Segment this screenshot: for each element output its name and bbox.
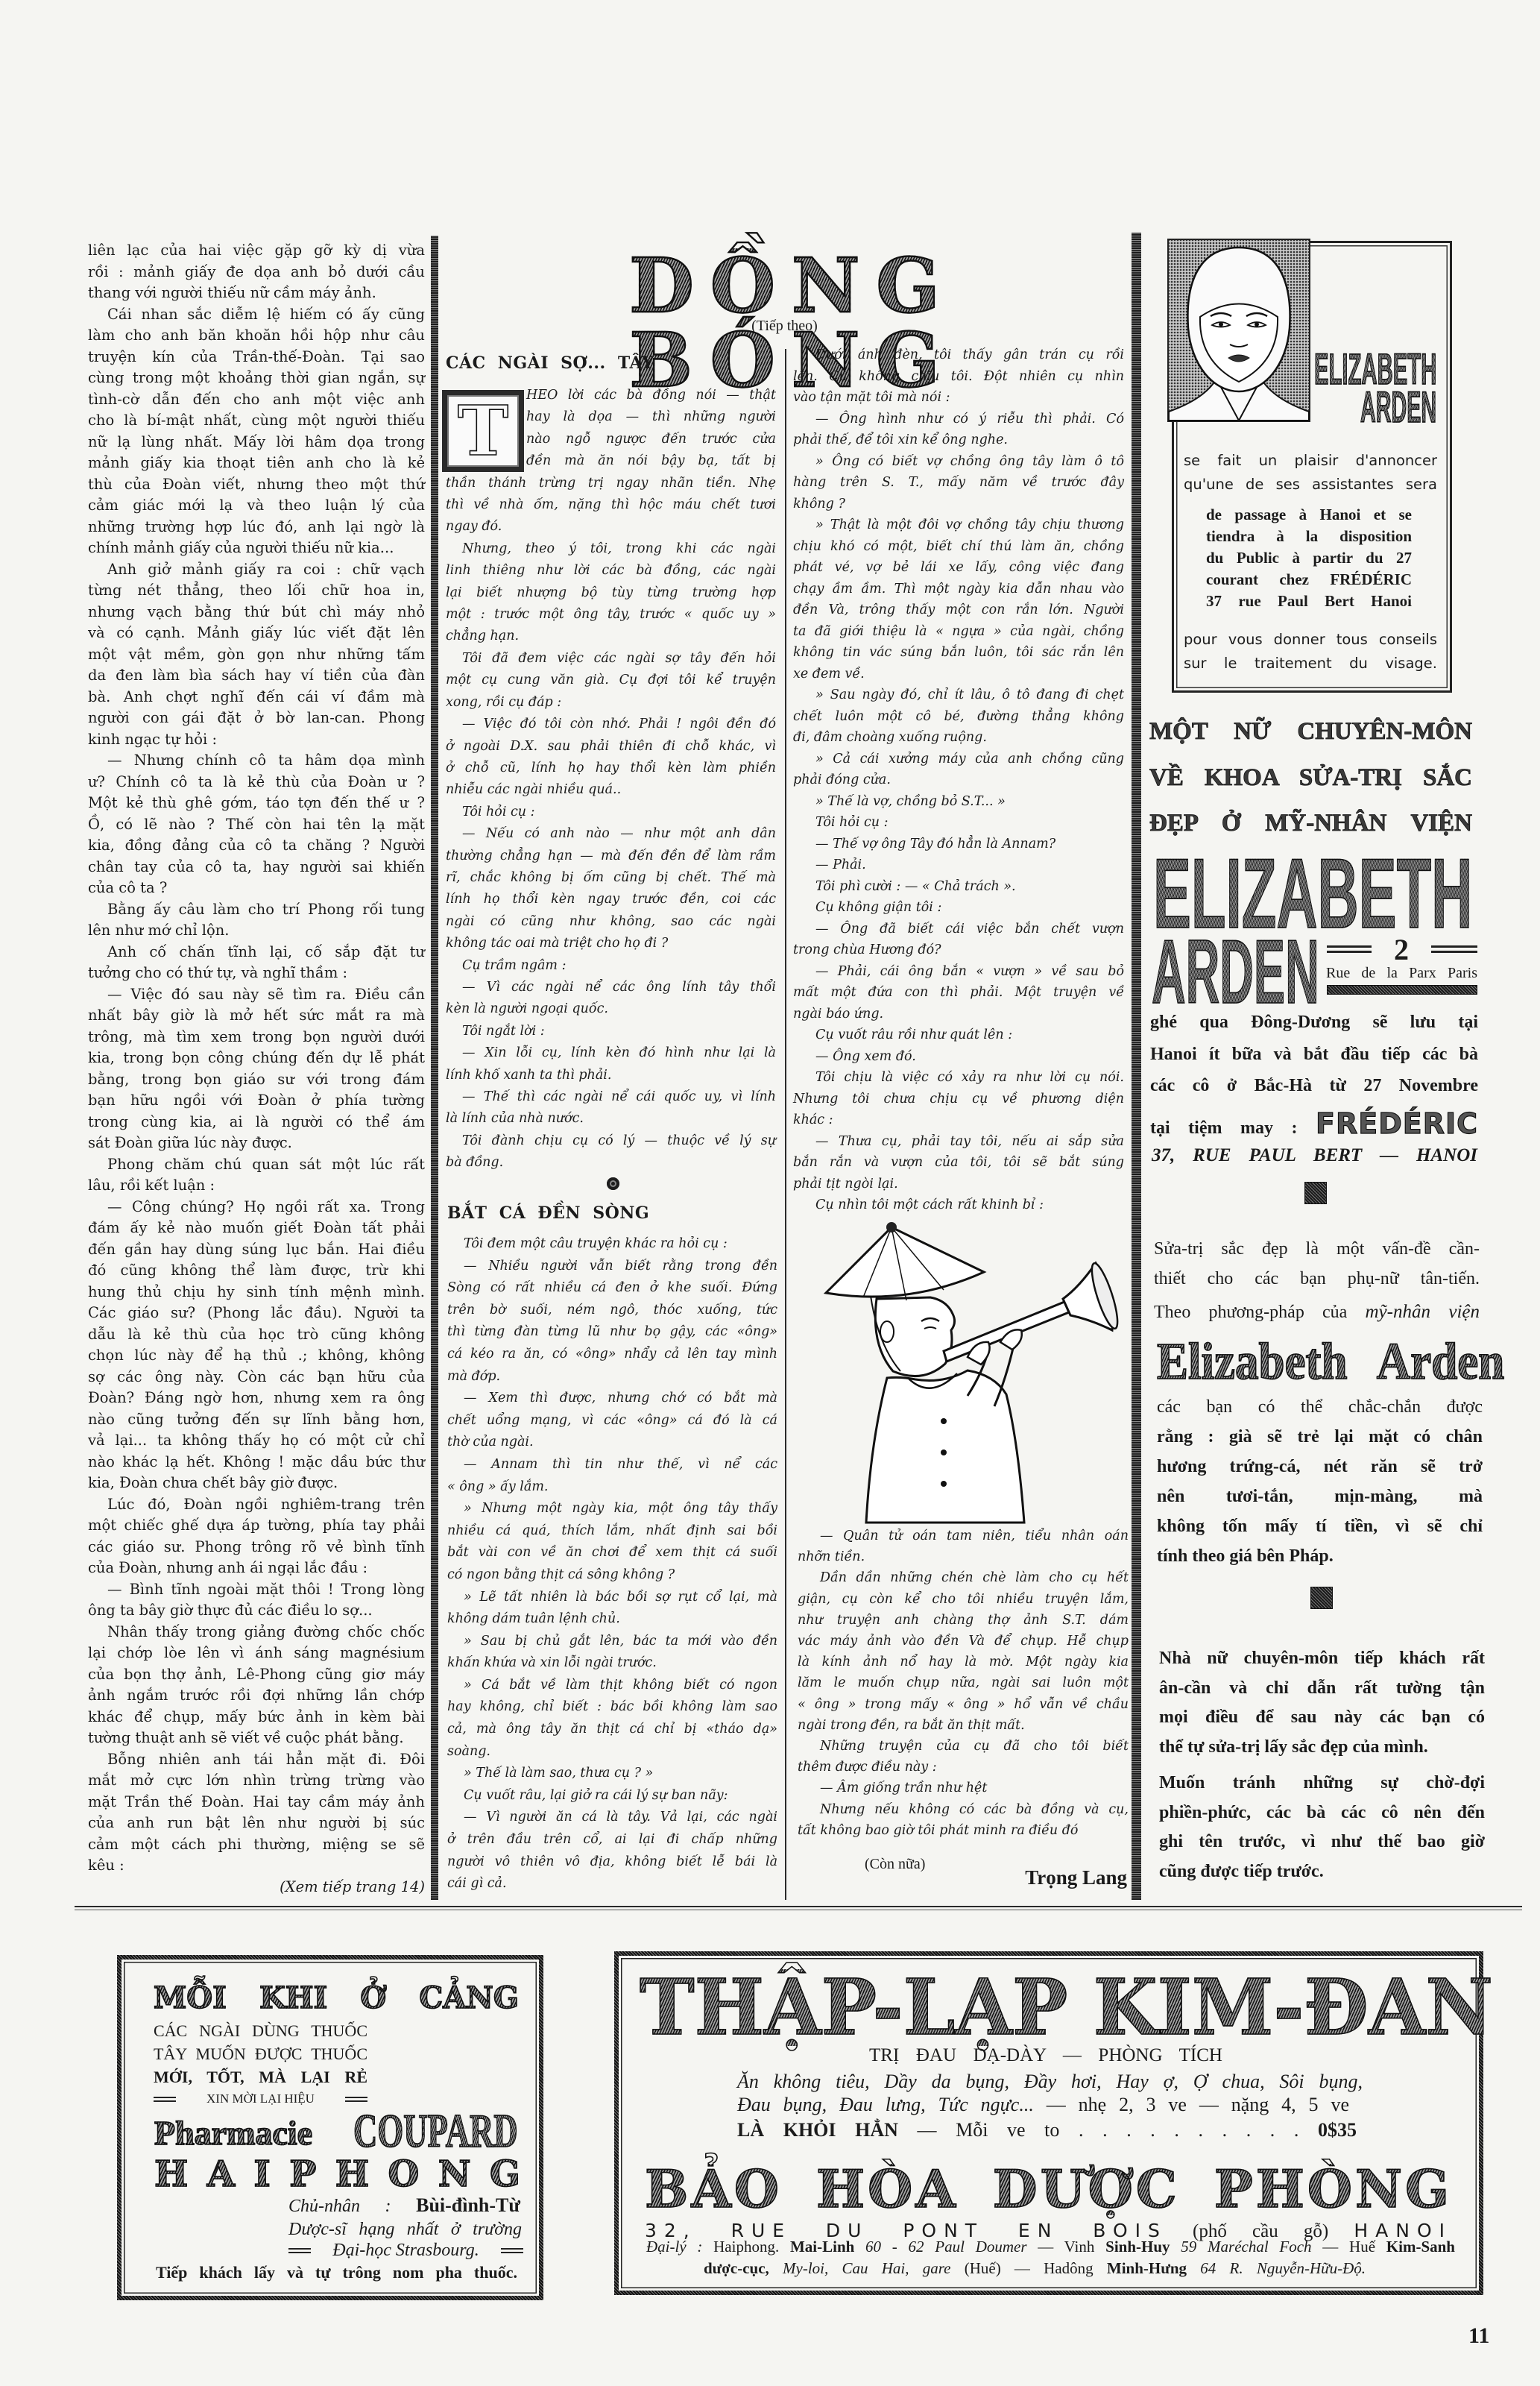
- paragraph: MỘT NỮ CHUYÊN-MÔNVỀ KHOA SỬA-TRỊ SẮCĐẸP …: [1149, 709, 1472, 847]
- text-line: thì về nhà ốm, nặng thì hộc máu chết tươ…: [446, 494, 776, 516]
- method-line: Theo phương-pháp của mỹ-nhân viện: [1154, 1296, 1480, 1329]
- notice-closing: pour vous donner tous conseilssur le tra…: [1184, 628, 1437, 676]
- text-line: » Lẽ tất nhiên là bác bồi sợ rụt cổ lại,…: [447, 1587, 777, 1609]
- text-line: lên như mớ chỉ lộn.: [88, 920, 425, 942]
- text-line: Hanoi ít bữa và bắt đầu tiếp các bà: [1150, 1039, 1478, 1071]
- feature-section2-col-a: BẮT CÁ ĐỀN SÒNG Tôi đem một câu truyện k…: [447, 1200, 777, 1895]
- paragraph: Cái nhan sắc diễm lệ hiếm có ấy cũnglàm …: [88, 304, 425, 559]
- text-line: các cô ở Bắc-Hà từ 27 Novembre: [1150, 1070, 1478, 1102]
- text-line: TÂY MUỐN ĐƯỢC THUỐC: [154, 2042, 367, 2065]
- text-line: đám ấy kẻ nào muốn giết Đoàn tất phải: [88, 1218, 425, 1239]
- feature-subtitle: (Tiếp theo): [440, 316, 1129, 336]
- text-segment: (Huế) — Hadông: [950, 2259, 1106, 2277]
- text-line: bạn hữu ngồi với Đoàn ở phía tường: [88, 1090, 425, 1112]
- cure-claim: LÀ KHỎI HẲN: [737, 2119, 898, 2141]
- text-line: tưởng cho có thứ tự, và nghĩ thầm :: [88, 963, 425, 984]
- text-line: Lúc đó, Đoàn ngồi nghiêm-trang trên: [88, 1494, 425, 1516]
- pharmacy-city: H A I P H O N G: [154, 2156, 520, 2192]
- text-line: chết uổng mạng, vì các «ông» cá đó là cá: [447, 1410, 777, 1432]
- paragraph: — Việc đó sau này sẽ tìm ra. Điều cầnnhấ…: [88, 984, 425, 1154]
- paragraph: — Việc đó tôi còn nhớ. Phải ! ngôi đền đ…: [446, 714, 776, 802]
- text-line: » Ông có biết vợ chồng ông tây làm ô tô: [793, 451, 1124, 473]
- text-line: khác để chụp, mấy bức ảnh in kèm bài: [88, 1707, 425, 1728]
- text-line: chịu khó có một, biết chí thú làm ăn, ch…: [793, 536, 1124, 558]
- text-line: ân-cần và chỉ dẫn rất tường tận: [1159, 1674, 1485, 1704]
- author-byline: Trọng Lang: [969, 1866, 1127, 1889]
- paragraph: Cụ vuốt râu, lại giở ra cái lý sự ban nã…: [447, 1785, 777, 1807]
- column-divider-right: [1132, 233, 1141, 1900]
- symptoms-line1: Ăn không tiêu, Dầy da bụng, Đầy hơi, Hay…: [737, 2071, 1363, 2093]
- text-line: » Thế là vợ, chồng bỏ S.T... »: [793, 791, 1124, 813]
- text-line: rằng : già sẽ trẻ lại mặt có chân: [1157, 1422, 1483, 1452]
- paragraph: — Phải, cái ông bắn « vượn » về sau bỏmấ…: [793, 961, 1124, 1025]
- paragraph: Nhưng nếu không có các bà đồng và cụ,tất…: [798, 1799, 1129, 1841]
- text-line: chẳng hạn.: [446, 626, 776, 647]
- text-line: hay không, chỉ biết : bác bồi không làm …: [447, 1696, 777, 1719]
- paragraph: Muốn tránh những sự chờ-đợiphiền-phức, c…: [1159, 1769, 1485, 1886]
- text-line: nên tươi-tắn, mịn-màng, mà: [1157, 1482, 1483, 1511]
- text-line: không tốn mấy tí tiền, vì sẽ chỉ: [1157, 1511, 1483, 1541]
- owner-line: Chủ-nhân : Bùi-đình-Từ: [288, 2194, 520, 2217]
- text-line: truyện kín của Trần-thế-Đoàn. Tại sao: [88, 347, 425, 368]
- paragraph: » Thế là làm sao, thưa cụ ? »: [447, 1763, 777, 1785]
- paragraph: — Xin lỗi cụ, lính kèn đó hình như lại l…: [446, 1042, 776, 1086]
- product-purpose: TRỊ ĐAU DẠ-DÀY — PHÒNG TÍCH: [869, 2045, 1222, 2066]
- text-line: thêm được điều này :: [798, 1757, 1129, 1778]
- text-line: Cụ nhìn tôi một cách rất khinh bỉ :: [793, 1194, 1124, 1216]
- paragraph: Tôi đem một câu truyện khác ra hỏi cụ :: [447, 1233, 777, 1256]
- text-line: nữ lạ lùng nhất. Mấy lời hâm dọa trong: [88, 432, 425, 453]
- text-line: Những truyện của cụ đã cho tôi biết: [798, 1736, 1129, 1757]
- text-line: nhất bây giờ là mở hết sức mắt ra mà: [88, 1005, 425, 1027]
- text-line: Nhà nữ chuyên-môn tiếp khách rất: [1159, 1644, 1485, 1674]
- ad-body-benefits: rằng : già sẽ trẻ lại mặt có chânhương t…: [1157, 1422, 1483, 1571]
- text-line: CÁC NGÀI DÙNG THUỐC: [154, 2019, 367, 2042]
- text-line: ở chỗ cũ, lính họ hay thổi kèn làm phiền: [446, 758, 776, 779]
- text-line: chân tay của cô ta, hay người sai khiến: [88, 857, 425, 878]
- text-line: Tôi phì cười : — « Chả trách ».: [793, 876, 1124, 898]
- text-segment: My-loi, Cau Hai, gare: [769, 2259, 951, 2277]
- text-line: trong cùng kia, ai là người có thể ám: [88, 1112, 425, 1133]
- text-line: rồi : mảnh giấy đe dọa anh bỏ dưới cầu: [88, 262, 425, 283]
- text-line: — Việc đó tôi còn nhớ. Phải ! ngôi đền đ…: [446, 714, 776, 735]
- text-line: lại chớp lòe lên vì ánh sáng magnésium: [88, 1643, 425, 1664]
- product-name: THẬP-LẠP KIM-ĐAN: [640, 1969, 1493, 2046]
- address-number: 2: [1379, 934, 1424, 966]
- square-ornament-icon: [1304, 1182, 1327, 1204]
- text-line: tất không bao giờ tôi phát minh ra điều …: [798, 1820, 1129, 1841]
- text-line: cùng trong một khoảng thời gian ngắn, sự: [88, 368, 425, 389]
- double-rule-left: [1327, 945, 1372, 953]
- text-line: mất một đứa con thì phải. Một truyện về: [793, 982, 1124, 1004]
- agents-line2: dược-cục, My-loi, Cau Hai, gare (Huế) — …: [704, 2258, 1366, 2278]
- text-line: Tôi đem một câu truyện khác ra hỏi cụ :: [447, 1233, 777, 1256]
- subcolumn-rule: [785, 349, 786, 1900]
- horizontal-rule: [75, 1906, 1522, 1907]
- paragraph: Nhưng, theo ý tôi, trong khi các ngàilin…: [446, 538, 776, 648]
- text-line: — Thế vợ ông Tây đó hẳn là Annam?: [793, 834, 1124, 855]
- text-line: Bỗng nhiên anh tái hẳn mặt đi. Đôi: [88, 1749, 425, 1771]
- thap-lap-kim-dan-ad: THẬP-LẠP KIM-ĐAN TRỊ ĐAU DẠ-DÀY — PHÒNG …: [614, 1951, 1483, 2295]
- text-line: thể tự sửa-trị lấy sắc đẹp của mình.: [1159, 1733, 1485, 1763]
- text-line: lính khố xanh ta thì phải.: [446, 1065, 776, 1086]
- text-line: » Nhưng một ngày kia, một ông tây thấy: [447, 1498, 777, 1520]
- paragraph: » Cả cái xưởng máy của anh chồng cũngphả…: [793, 749, 1124, 791]
- feature-section2-col-b-bottom: — Quân tử oán tam niên, tiểu nhân oánnhỡ…: [798, 1526, 1129, 1841]
- text-line: lên. Cụ không chịu tôi. Đột nhiên cụ nhì…: [793, 366, 1124, 388]
- round-ornament-icon: [607, 1177, 619, 1190]
- paragraph: — Nhưng chính cô ta hâm dọa mìnhư? Chính…: [88, 750, 425, 899]
- paragraph: Tôi hỏi cụ :: [793, 812, 1124, 834]
- text-line: bắt vài con về ăn chơi để xem thịt cá su…: [447, 1542, 777, 1564]
- text-line: không ?: [793, 494, 1124, 515]
- text-line: thờ của ngài.: [447, 1432, 777, 1454]
- text-line: khấn khứa và xin lỗi ngài trước.: [447, 1652, 777, 1675]
- ad-headline: MỖI KHI Ở CẢNG: [154, 1980, 519, 2016]
- text-line: lại biết nhượng bộ tùy từng trường hợp: [446, 582, 776, 604]
- paragraph: — Nếu có anh nào — như một anh dânthường…: [446, 823, 776, 954]
- paragraph: Tôi đã đem việc các ngài sợ tây đến hỏim…: [446, 648, 776, 714]
- text-line: — Thế thì các ngài nể cái quốc uy, vì lí…: [446, 1086, 776, 1108]
- text-line: lăm le muốn chụp nữa, ngài sai luôn một: [798, 1672, 1129, 1693]
- shop-name: FRÉDÉRIC: [1316, 1107, 1478, 1140]
- text-line: mọi điều để sau này các bạn có: [1159, 1703, 1485, 1733]
- text-line: hương trứng-cá, nét răn sẽ trở: [1157, 1452, 1483, 1482]
- text-line: 37 rue Paul Bert Hanoi: [1206, 591, 1412, 612]
- text-line: làm cho anh băn khoăn hồi hộp như câu: [88, 325, 425, 347]
- text-line: sát Đoàn giữa lúc này được.: [88, 1133, 425, 1154]
- paragraph: Cụ không giận tôi :: [793, 897, 1124, 919]
- text-line: ngài trong đền, ra bắt ăn thịt mất.: [798, 1715, 1129, 1736]
- paragraph: se fait un plaisir d'annoncerqu'une de s…: [1184, 449, 1437, 497]
- text-line: — Annam thì tin như thế, vì nể các: [447, 1454, 777, 1476]
- text-line: thường chẳng hạn — mà đến đền để làm rầm: [446, 846, 776, 867]
- text-line: Cụ vuốt râu, lại giở ra cái lý sự ban nã…: [447, 1785, 777, 1807]
- text-line: pour vous donner tous conseils: [1184, 628, 1437, 652]
- text-line: ở ngoài D.X. sau phải thiên đi chỗ khác,…: [446, 736, 776, 758]
- price-value: 0$35: [1318, 2119, 1357, 2141]
- text-segment: Minh-Hưng: [1107, 2259, 1187, 2277]
- invite-text: XIN MỜI LẠI HIỆU: [206, 2091, 315, 2106]
- text-line: nào khác lạ hết. Không ! mặc dầu bức thư: [88, 1452, 425, 1473]
- woman-portrait-icon: [1167, 239, 1310, 422]
- text-segment: Haiphong.: [702, 2238, 790, 2256]
- text-line: mảnh giấy kia thoạt tiên anh cho là kẻ: [88, 453, 425, 474]
- text-line: trên bờ suối, ném ngô, thóc xuống, tức: [447, 1300, 777, 1322]
- paragraph: ghé qua Đông-Dương sẽ lưu tạiHanoi ít bữ…: [1150, 1007, 1478, 1102]
- text-line: xe đem về.: [793, 664, 1124, 685]
- paragraph: » Cá bắt về làm thịt không biết có ngonh…: [447, 1675, 777, 1763]
- feature-section1: CÁC NGÀI SỢ... TÂY T HEO lời các bà đồng…: [446, 350, 776, 1174]
- text-line: những trường hợp lúc đó, anh lại ngờ là: [88, 517, 425, 538]
- text-line: như truyện anh chàng thợ ảnh S.T. dám: [798, 1610, 1129, 1631]
- paragraph: Lúc đó, Đoàn ngồi nghiêm-trang trênmột c…: [88, 1494, 425, 1579]
- text-line: rĩ, chắc không bị ốm cũng bị chết. Thế m…: [446, 867, 776, 889]
- text-line: Nhưng nếu không có các bà đồng và cụ,: [798, 1799, 1129, 1820]
- pharmacy-name: BẢO HÒA DƯỢC PHÒNG: [645, 2164, 1452, 2215]
- text-line: không dám tuân lệnh chủ.: [447, 1608, 777, 1631]
- page-number: 11: [1468, 2323, 1489, 2349]
- paragraph: — Nhiều người vẫn biết rằng trong đềnSòn…: [447, 1256, 777, 1388]
- paragraph: » Ông có biết vợ chồng ông tây làm ô tôh…: [793, 451, 1124, 515]
- paragraph: » Thật là một đôi vợ chồng tây chịu thươ…: [793, 514, 1124, 684]
- paragraph: — Bình tĩnh ngoài mặt thôi ! Trong lòngô…: [88, 1579, 425, 1622]
- text-line: Tôi ngắt lời :: [446, 1021, 776, 1042]
- text-line: xong, rồi cụ đáp :: [446, 692, 776, 714]
- text-line: là kính ảnh nổ hay là mờ. Một ngày kia: [798, 1652, 1129, 1672]
- ad-footer: Tiếp khách lấy và tự trông nom pha thuốc…: [156, 2261, 517, 2284]
- paragraph: Bỗng nhiên anh tái hẳn mặt đi. Đôimắt mở…: [88, 1749, 425, 1877]
- text-line: Nhưng, theo ý tôi, trong khi các ngài: [446, 538, 776, 560]
- text-line: vả lại... ta không thấy họ có một cử chỉ: [88, 1430, 425, 1452]
- shop-address: 37, RUE PAUL BERT — HANOI: [1152, 1143, 1477, 1168]
- paragraph: Tôi đành chịu cụ có lý — thuộc về lý sựb…: [446, 1130, 776, 1174]
- text-segment: Mai-Linh: [790, 2238, 854, 2256]
- paragraph: Những truyện của cụ đã cho tôi biếtthêm …: [798, 1736, 1129, 1778]
- paragraph: liên lạc của hai việc gặp gỡ kỳ dị vừarồ…: [88, 240, 425, 304]
- paragraph: — Vì các ngài nể các ông lính tây thổikè…: [446, 977, 776, 1021]
- paragraph: — Xem thì được, nhưng chớ có bắt màchết …: [447, 1388, 777, 1454]
- paragraph: » Thế là vợ, chồng bỏ S.T... »: [793, 791, 1124, 813]
- double-rule: [154, 2097, 176, 2102]
- text-line: phải thế, để tôi xin kể ông nghe.: [793, 429, 1124, 451]
- text-line: thì từng đàn từng lũ như bọ gậy, các «ôn…: [447, 1321, 777, 1344]
- text-line: của bọn thợ ảnh, Lê-Phong cũng giơ máy: [88, 1664, 425, 1686]
- text-line: — Ông xem đó.: [793, 1046, 1124, 1068]
- text-line: Sòng có rất nhiều cá đen ở khe suối. Đứn…: [447, 1277, 777, 1300]
- paragraph: Dần dần những chén chè làm cho cụ hếtgiậ…: [798, 1567, 1129, 1736]
- pharmacie-coupard-ad: MỖI KHI Ở CẢNG CÁC NGÀI DÙNG THUỐCTÂY MU…: [117, 1955, 543, 2300]
- paragraph: Tôi phì cười : — « Chả trách ».: [793, 876, 1124, 898]
- text-segment: — Vinh: [1027, 2238, 1106, 2256]
- text-line: Bằng ấy câu làm cho trí Phong rối tung: [88, 899, 425, 921]
- text-line: trong chùa Hương đó?: [793, 939, 1124, 961]
- text-line: — Công chúng? Họ ngồi rất xa. Trong: [88, 1197, 425, 1218]
- text-line: không tin vác súng bắn luôn, tôi sác rắn…: [793, 642, 1124, 664]
- text-line: — Âm giống trần như hệt: [798, 1778, 1129, 1798]
- text-line: » Cá bắt về làm thịt không biết có ngon: [447, 1675, 777, 1697]
- text-segment: Sinh-Huy: [1105, 2238, 1170, 2256]
- brand-name-script: Elizabeth Arden: [1157, 1336, 1504, 1388]
- text-line: một : trước một ông tây, trước « quốc uy…: [446, 604, 776, 626]
- text-line: tình-cờ dẫn đến cho anh một việc anh: [88, 389, 425, 411]
- text-line: — Phải, cái ông bắn « vượn » về sau bỏ: [793, 961, 1124, 983]
- ad-body-intro: Sửa-trị sắc đẹp là một vấn-đề cần-thiết …: [1154, 1234, 1480, 1294]
- text-line: linh thiêng như lời các bà đồng, các ngà…: [446, 560, 776, 582]
- price-label: — Mỗi ve to . . . . . . . . . .: [918, 2119, 1299, 2141]
- text-segment: Đau bụng, Đau lưng, Tức ngực...: [737, 2094, 1034, 2115]
- text-line: ta đã giới thiệu là « ngựa » của ngài, c…: [793, 621, 1124, 643]
- text-line: sur le traitement du visage.: [1184, 652, 1437, 676]
- text-line: ư? Chính cô ta là kẻ thù của Đoàn ư ?: [88, 772, 425, 793]
- text-line: Tôi chịu là việc có xảy ra như lời cụ nó…: [793, 1067, 1124, 1089]
- shop-line: tại tiệm may : FRÉDÉRIC: [1150, 1107, 1478, 1145]
- shop-label: tại tiệm may :: [1150, 1118, 1298, 1138]
- text-line: — Nhiều người vẫn biết rằng trong đền: [447, 1256, 777, 1278]
- text-line: người con gái đặt ở bờ lan-can. Phong: [88, 708, 425, 729]
- paragraph: — Annam thì tin như thế, vì nể các« ông …: [447, 1454, 777, 1498]
- text-line: thang với người thiếu nữ cầm máy ảnh.: [88, 283, 425, 304]
- text-line: sợ các ông này. Còn các bạn hữu của: [88, 1367, 425, 1388]
- text-line: chọn lúc này để hạ thủ .; không, không: [88, 1345, 425, 1367]
- text-line: một cụ cung văn già. Cụ đợi tôi kể truyệ…: [446, 670, 776, 691]
- text-line: Tôi hỏi cụ :: [793, 812, 1124, 834]
- text-line: Ồ, có lẽ nào ? Thế còn hai tên lạ mặt: [88, 814, 425, 836]
- text-line: bắn rắn và vượn của tôi, tôi sẽ bắt súng: [793, 1152, 1124, 1174]
- text-line: thần thánh trừng trị ngay nhãn tiền. Nhẹ: [446, 473, 776, 494]
- paragraph: Cụ nhìn tôi một cách rất khinh bỉ :: [793, 1194, 1124, 1216]
- text-line: của Đoàn, nhưng anh ái ngại lắc đầu :: [88, 1558, 425, 1579]
- text-line: » Thế là làm sao, thưa cụ ? »: [447, 1763, 777, 1785]
- text-line: MỚI, TỐT, MÀ LẠI RẺ: [154, 2065, 367, 2088]
- to-be-continued-note: (Còn nữa): [865, 1854, 925, 1874]
- text-line: Nhân thấy trong giảng đường chốc chốc: [88, 1622, 425, 1643]
- text-line: mắt mở cực lớn nhìn trừng trừng vào: [88, 1770, 425, 1792]
- text-line: tường thuật anh sẽ viết về cuộc phát bằn…: [88, 1728, 425, 1749]
- text-line: courant chez FRÉDÉRIC: [1206, 569, 1412, 591]
- text-segment: 60 - 62 Paul Doumer: [854, 2238, 1026, 2256]
- text-line: Một kẻ thù ghê gớm, táo tợn đến thế ư ?: [88, 793, 425, 814]
- text-line: liên lạc của hai việc gặp gỡ kỳ dị vừa: [88, 240, 425, 262]
- text-line: de passage à Hanoi et se: [1206, 504, 1412, 526]
- text-line: kia, trong bọn công chúng đến dự lễ phát: [88, 1048, 425, 1069]
- text-line: ngài báo ứng.: [793, 1004, 1124, 1025]
- text-line: » Sau bị chủ gắt lên, bác ta mới vào đền: [447, 1631, 777, 1653]
- text-line: cảm giác mới lạ và theo luận lý của: [88, 495, 425, 517]
- text-segment: dược-cục,: [704, 2259, 769, 2277]
- square-ornament-icon: [1310, 1587, 1333, 1609]
- text-line: ảnh ngắm trước rồi đợi những lần chớp: [88, 1685, 425, 1707]
- paragraph: Sửa-trị sắc đẹp là một vấn-đề cần-thiết …: [1154, 1234, 1480, 1294]
- ad-pitch-lines: CÁC NGÀI DÙNG THUỐCTÂY MUỐN ĐƯỢC THUỐCMỚ…: [154, 2019, 367, 2088]
- text-line: kia, đồng đảng của cô ta chăng ? Người: [88, 835, 425, 857]
- paragraph: » Sau bị chủ gắt lên, bác ta mới vào đền…: [447, 1631, 777, 1675]
- text-line: chạy ầm ầm. Thì một ngày kia dẫn nhau và…: [793, 579, 1124, 600]
- brand-name-large-line2: ARDEN: [1152, 926, 1319, 1017]
- text-line: giận, cụ còn kể cho tôi nhiều truyện lắm…: [798, 1589, 1129, 1610]
- notice-details: de passage à Hanoi et setiendra à la dis…: [1206, 504, 1412, 612]
- text-segment: Đại-lý :: [646, 2238, 702, 2256]
- text-line: của anh run bật lên như người bị súc: [88, 1813, 425, 1834]
- paragraph: Bằng ấy câu làm cho trí Phong rối tunglê…: [88, 899, 425, 942]
- text-line: đền Và, trông thấy một con rắn lớn. Ngườ…: [793, 599, 1124, 621]
- man-blowing-horn-illustration-icon: [818, 1218, 1120, 1524]
- ad-headline: MỘT NỮ CHUYÊN-MÔNVỀ KHOA SỬA-TRỊ SẮCĐẸP …: [1149, 709, 1472, 847]
- paragraph: Anh cố chấn tĩnh lại, cố sắp đặt tưtưởng…: [88, 942, 425, 984]
- text-line: một chiếc ghế dựa áp tường, phía tay phả…: [88, 1515, 425, 1537]
- text-line: chính mảnh giấy của người thiếu nữ kia..…: [88, 538, 425, 559]
- text-line: thù của Đoàn viết, nhưng theo một thứ: [88, 474, 425, 496]
- paragraph: » Lẽ tất nhiên là bác bồi sợ rụt cổ lại,…: [447, 1587, 777, 1631]
- paragraph: — Thế vợ ông Tây đó hẳn là Annam?: [793, 834, 1124, 855]
- paragraph: — Thưa cụ, phải tay tôi, nếu ai sắp sửab…: [793, 1131, 1124, 1195]
- text-line: MỘT NỮ CHUYÊN-MÔN: [1149, 709, 1472, 755]
- text-line: hàng trên S. T., mấy năm về trước đây: [793, 472, 1124, 494]
- text-line: Dần dần những chén chè làm cho cụ hết: [798, 1567, 1129, 1588]
- address-street: Rue de la Parx Paris: [1326, 963, 1477, 983]
- owner-name: Bùi-đình-Từ: [416, 2194, 520, 2216]
- text-line: — Ông hình như có ý riễu thì phải. Có: [793, 409, 1124, 430]
- text-line: — Vì người ăn cá là tây. Vả lại, các ngà…: [447, 1807, 777, 1829]
- text-line: kia, Đoàn chưa chết bây giờ được.: [88, 1473, 425, 1494]
- text-line: — Bình tĩnh ngoài mặt thôi ! Trong lòng: [88, 1579, 425, 1601]
- text-line: trông, mà tìm xem trong bọn người dưới: [88, 1027, 425, 1048]
- text-line: » Thật là một đôi vợ chồng tây chịu thươ…: [793, 514, 1124, 536]
- text-segment: — Huế: [1312, 2238, 1386, 2256]
- text-line: ngay đó.: [446, 516, 776, 538]
- paragraph: Dưới ánh đèn, tôi thấy gân trán cụ rồilê…: [793, 344, 1124, 409]
- horizontal-rule-thin: [75, 1910, 1522, 1910]
- text-line: tính theo giá bên Pháp.: [1157, 1541, 1483, 1571]
- text-line: người vô thiên vô địa, không biết lễ bái…: [447, 1851, 777, 1874]
- text-line: Muốn tránh những sự chờ-đợi: [1159, 1769, 1485, 1798]
- text-line: cái gì cả.: [447, 1873, 777, 1895]
- text-line: — Xem thì được, nhưng chớ có bắt mà: [447, 1388, 777, 1410]
- text-line: chết luôn một cô bé, đường thẳng không: [793, 706, 1124, 728]
- paragraph: — Vì người ăn cá là tây. Vả lại, các ngà…: [447, 1807, 777, 1895]
- text-line: khác :: [793, 1109, 1124, 1131]
- text-line: Cụ trầm ngâm :: [446, 955, 776, 977]
- paragraph: Tôi hỏi cụ :: [446, 802, 776, 823]
- text-line: « ông » ấy lắm.: [447, 1476, 777, 1499]
- text-line: bằng, trong bọn giáo sư với trong đám: [88, 1069, 425, 1091]
- text-line: Tôi đành chịu cụ có lý — thuộc về lý sự: [446, 1130, 776, 1152]
- method-prefix: Theo phương-pháp của: [1154, 1303, 1347, 1322]
- text-line: bà. Anh chợt nghĩ đến cái ví đầm mà: [88, 687, 425, 708]
- brand-name-line2: ARDEN: [1360, 386, 1436, 429]
- paragraph: pour vous donner tous conseilssur le tra…: [1184, 628, 1437, 676]
- text-line: nhưng vạch bằng thứ bút chì máy nhỏ: [88, 602, 425, 623]
- ad-body-lead: các bạn có thể chắc-chắn được: [1157, 1392, 1483, 1422]
- text-line: kinh ngạc tự hỏi :: [88, 729, 425, 751]
- paragraph: — Ông hình như có ý riễu thì phải. Cóphả…: [793, 409, 1124, 451]
- visit-announcement: ghé qua Đông-Dương sẽ lưu tạiHanoi ít bữ…: [1150, 1007, 1478, 1102]
- text-line: Các giáo sư? (Phong lắc đầu). Người ta: [88, 1303, 425, 1324]
- text-line: phải đóng cửa.: [793, 769, 1124, 791]
- paragraph: » Sau ngày đó, chỉ ít lâu, ô tô đang đi …: [793, 684, 1124, 749]
- feature-section2-col-b-top: Dưới ánh đèn, tôi thấy gân trán cụ rồilê…: [793, 344, 1124, 1216]
- column-divider-left: [431, 236, 438, 1900]
- paragraph: rằng : già sẽ trẻ lại mặt có chânhương t…: [1157, 1422, 1483, 1571]
- text-line: VỀ KHOA SỬA-TRỊ SẮC: [1149, 755, 1472, 802]
- text-segment: 59 Maréchal Foch: [1170, 2238, 1312, 2256]
- text-line: Tôi hỏi cụ :: [446, 802, 776, 823]
- text-line: — Xin lỗi cụ, lính kèn đó hình như lại l…: [446, 1042, 776, 1064]
- paragraph: — Âm giống trần như hệt: [798, 1778, 1129, 1798]
- text-line: soàng.: [447, 1741, 777, 1763]
- school-name: Đại-học Strasbourg.: [332, 2241, 479, 2261]
- text-line: từng nét thẳng, theo lối chữ hoa in,: [88, 580, 425, 602]
- text-line: » Cả cái xưởng máy của anh chồng cũng: [793, 749, 1124, 770]
- paragraph: Cụ vuốt râu rồi như quát lên :: [793, 1024, 1124, 1046]
- text-line: — Việc đó sau này sẽ tìm ra. Điều cần: [88, 984, 425, 1006]
- text-line: — Ông đã biết cái việc bắn chết vượn: [793, 919, 1124, 940]
- text-line: » Sau ngày đó, chỉ ít lâu, ô tô đang đi …: [793, 684, 1124, 706]
- text-line: cả, mà ông tây ăn thịt cá chỉ bị «tháo d…: [447, 1719, 777, 1741]
- agents-line1: Đại-lý : Haiphong. Mai-Linh 60 - 62 Paul…: [646, 2237, 1455, 2256]
- text-line: Tôi đã đem việc các ngài sợ tây đến hỏi: [446, 648, 776, 670]
- text-line: ghi tên trước, vì như thế bao giờ: [1159, 1828, 1485, 1857]
- pharmacy-name-part1: Pharmacie: [154, 2116, 312, 2150]
- double-rule: [288, 2248, 311, 2253]
- text-line: — Quân tử oán tam niên, tiểu nhân oán: [798, 1526, 1129, 1546]
- text-line: dẫu là kẻ thù của học trò cũng không: [88, 1324, 425, 1346]
- text-line: qu'une de ses assistantes sera: [1184, 473, 1437, 497]
- double-rule: [501, 2248, 523, 2253]
- school-line: Đại-học Strasbourg.: [288, 2239, 523, 2261]
- text-line: mặt Trần thế Đoàn. Hai tay cầm máy ảnh: [88, 1792, 425, 1813]
- owner-label: Chủ-nhân :: [288, 2197, 391, 2216]
